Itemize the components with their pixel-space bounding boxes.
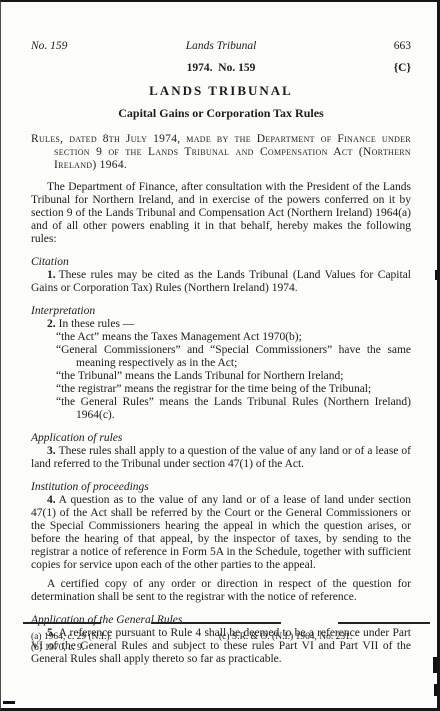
page-content: No. 159 Lands Tribunal 663 1974. No. 159… [1, 2, 437, 666]
definition-commissioners: “General Commissioners” and “Special Com… [31, 344, 411, 370]
heading-citation: Citation [31, 256, 411, 268]
footnote-a: (a) 1964, c. 29 (N.I.). [31, 632, 112, 643]
scanned-document-page: No. 159 Lands Tribunal 663 1974. No. 159… [0, 0, 440, 711]
definition-the-tribunal: “the Tribunal” means the Lands Tribunal … [31, 370, 411, 383]
scan-artifact [435, 270, 437, 280]
rule-1-paragraph: 1.These rules may be cited as the Lands … [31, 269, 411, 295]
footnote-b: (b) 1970, c. 9. [31, 643, 112, 654]
rule-4-second-paragraph: A certified copy of any order or directi… [31, 578, 411, 604]
page-number: 663 [301, 40, 411, 52]
enacting-paragraph: The Department of Finance, after consult… [31, 181, 411, 246]
document-subtitle: Capital Gains or Corporation Tax Rules [31, 106, 411, 121]
footnotes: (a) 1964, c. 29 (N.I.). (b) 1970, c. 9. … [23, 622, 413, 632]
document-title: LANDS TRIBUNAL [31, 83, 411, 99]
rule-2-paragraph: 2.In these rules — [31, 318, 411, 331]
rule-1-text: These rules may be cited as the Lands Tr… [31, 269, 411, 294]
heading-institution-of-proceedings: Institution of proceedings [31, 481, 411, 493]
running-header: No. 159 Lands Tribunal 663 [31, 40, 411, 52]
definition-the-registrar: “the registrar” means the registrar for … [31, 383, 411, 396]
issue-line: 1974. No. 159 {C} [31, 62, 411, 74]
heading-interpretation: Interpretation [31, 305, 411, 317]
rule-1-number: 1. [47, 269, 56, 281]
rule-2-text: In these rules — [59, 318, 135, 330]
rule-4-paragraph: 4.A question as to the value of any land… [31, 494, 411, 572]
definition-general-rules: “the General Rules” means the Lands Trib… [31, 396, 411, 422]
footnote-separator [338, 622, 430, 624]
issue-number: 1974. No. 159 [126, 62, 316, 74]
running-title: Lands Tribunal [141, 40, 301, 52]
rule-3-paragraph: 3.These rules shall apply to a question … [31, 445, 411, 471]
footnote-separator [151, 622, 281, 624]
definition-the-act: “the Act” means the Taxes Management Act… [31, 331, 411, 344]
scan-artifact [433, 657, 437, 673]
scan-artifact [3, 701, 15, 704]
footnote-separator [23, 622, 101, 624]
rule-2-number: 2. [47, 318, 56, 330]
scan-artifact [434, 684, 437, 696]
footnote-column-left: (a) 1964, c. 29 (N.I.). (b) 1970, c. 9. [31, 632, 112, 654]
rules-caption: Rules, dated 8th July 1974, made by the … [31, 133, 411, 172]
rule-4-number: 4. [47, 494, 56, 506]
doc-number: No. 159 [31, 40, 141, 52]
classification-mark: {C} [316, 62, 411, 74]
rule-4-text: A question as to the value of any land o… [31, 494, 411, 571]
rule-3-text: These rules shall apply to a question of… [31, 445, 411, 470]
heading-application-of-rules: Application of rules [31, 432, 411, 444]
rule-3-number: 3. [47, 445, 56, 457]
footnote-column-right: (c) S.R. & O. (N.I.) 1964, No. 231. [219, 632, 352, 643]
footnote-c: (c) S.R. & O. (N.I.) 1964, No. 231. [219, 632, 352, 643]
